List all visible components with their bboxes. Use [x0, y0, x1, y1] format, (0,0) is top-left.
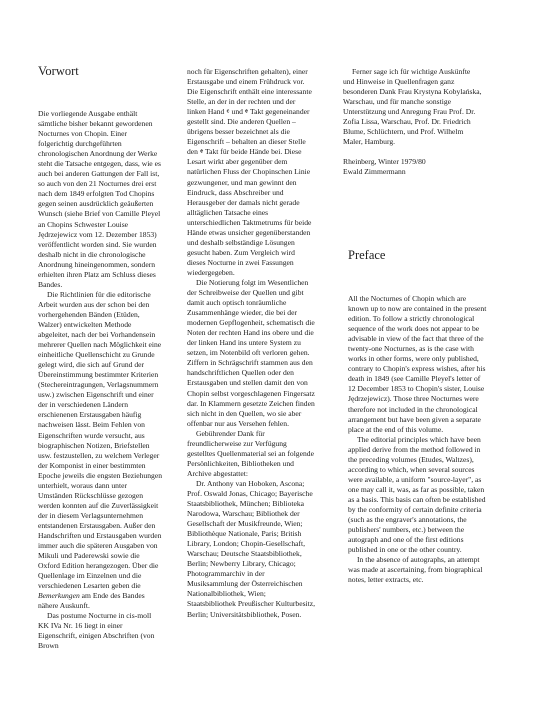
vorwort-paragraph-2: Die Richtlinien für die editorische Arbe…: [38, 290, 162, 612]
preface-paragraph-2: The editorial principles which have been…: [348, 435, 488, 556]
vorwort-paragraph-8: Ferner sage ich für wichtige Auskünfte u…: [343, 67, 483, 147]
vorwort-paragraph-3: Das postume Nocturne in cis-moll KK IVa …: [38, 611, 162, 651]
vorwort-paragraph-1: Die vorliegende Ausgabe enthält sämtlich…: [38, 109, 162, 290]
vorwort-heading: Vorwort: [38, 64, 79, 79]
vorwort-paragraph-6: Gebührender Dank für freundlicherweise z…: [187, 429, 315, 479]
vorwort-column-1: Die vorliegende Ausgabe enthält sämtlich…: [38, 109, 162, 652]
preface-paragraph-1: All the Nocturnes of Chopin which are kn…: [348, 294, 488, 435]
vorwort-paragraph-5: Die Notierung folgt im Wesentlichen der …: [187, 278, 315, 429]
bemerkungen-emphasis: Bemerkungen: [38, 591, 80, 600]
author-signature: Ewald Zimmermann: [343, 167, 483, 177]
preface-heading: Preface: [348, 248, 385, 263]
vorwort-column-2: noch für Eigenschriften gehalten), einer…: [187, 67, 315, 620]
preface-paragraph-3: In the absence of autographs, an attempt…: [348, 555, 488, 585]
place-date: Rheinberg, Winter 1979/80: [343, 157, 483, 167]
paragraph-text: Die Richtlinien für die editorische Arbe…: [38, 290, 162, 590]
preface-column: All the Nocturnes of Chopin which are kn…: [348, 294, 488, 585]
vorwort-column-3: Ferner sage ich für wichtige Auskünfte u…: [343, 67, 483, 177]
vorwort-paragraph-7: Dr. Anthony van Hoboken, Ascona; Prof. O…: [187, 479, 315, 620]
spacer: [343, 147, 483, 157]
vorwort-paragraph-4: noch für Eigenschriften gehalten), einer…: [187, 67, 315, 278]
